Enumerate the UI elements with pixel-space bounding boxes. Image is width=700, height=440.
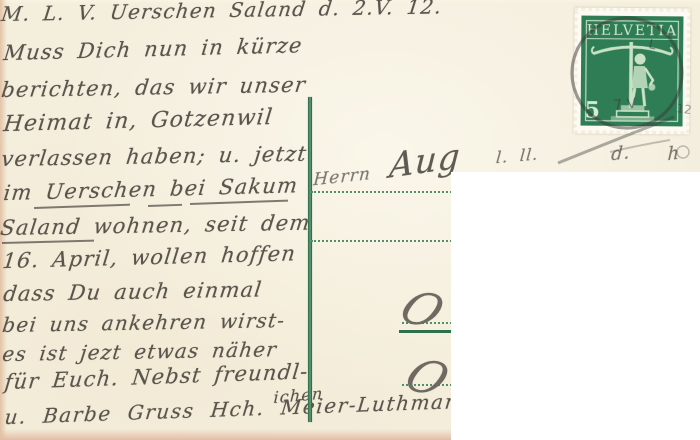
address-stray-stroke-2: d.: [611, 142, 632, 165]
postcard: M. L. V. Uerschen Saland d. 2.V. 12. Mus…: [0, 0, 700, 440]
blank-overlay: [451, 172, 700, 440]
message-line-3: Heimat in, Gotzenwil: [2, 105, 274, 137]
message-line-date: M. L. V. Uerschen Saland d. 2.V. 12.: [0, 0, 444, 26]
message-line-8: dass Du auch einmal: [2, 277, 264, 306]
center-divider-rule: [308, 97, 312, 422]
underline-sakum: [190, 200, 288, 205]
underline-bei: [148, 204, 182, 207]
message-signature-line: u. Barbe Gruss Hch. Meier-Luthman: [3, 389, 460, 429]
message-line-1: Muss Dich nun in kürze: [2, 33, 304, 65]
stamp-country-label: HELVETIA: [587, 23, 679, 40]
address-stray-stroke-3: h: [667, 142, 680, 165]
message-line-4: verlassen haben; u. jetzt: [0, 142, 309, 171]
message-line-7: 16. April, wollen hoffen: [1, 241, 297, 273]
message-line-2: berichten, das wir unser: [0, 73, 307, 102]
underline-saland: [2, 240, 94, 244]
address-dotted-line-2: [311, 240, 452, 242]
underline-uerschen: [34, 204, 130, 209]
message-line-9: bei uns ankehren wirst-: [1, 308, 287, 337]
helvetia-5-stamp: HELVETIA 5: [573, 7, 690, 134]
address-stray-stroke-1: l. ll.: [495, 144, 539, 167]
stamp-denomination: 5: [585, 98, 601, 124]
message-line-6: Saland wohnen, seit dem: [0, 211, 312, 240]
address-greeting-small: Herrn: [313, 164, 372, 190]
address-dotted-line-1: [311, 191, 452, 193]
